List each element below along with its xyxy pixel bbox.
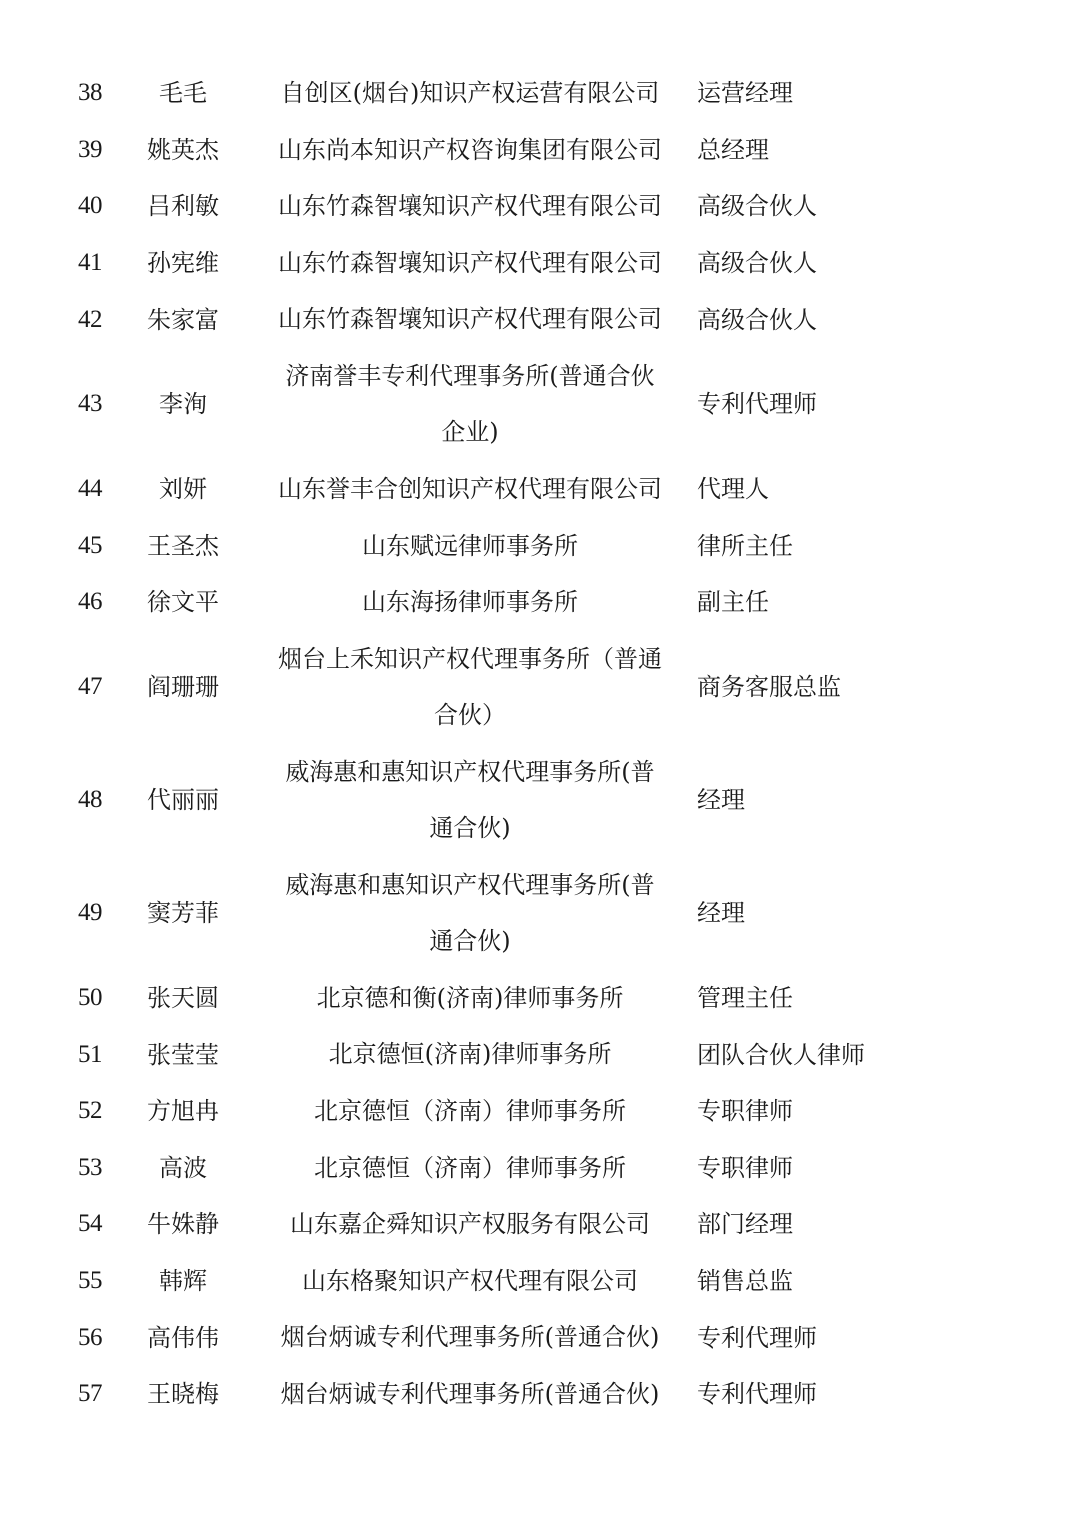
person-name: 代丽丽: [135, 772, 231, 828]
row-number: 45: [78, 518, 118, 574]
person-name: 张莹莹: [135, 1027, 231, 1083]
person-name: 牛姝静: [135, 1196, 231, 1252]
organization: 威海惠和惠知识产权代理事务所(普通合伙): [262, 857, 678, 970]
person-name: 张天圆: [135, 970, 231, 1026]
organization-line: 企业): [262, 404, 678, 461]
row-number: 52: [78, 1083, 118, 1139]
row-number: 53: [78, 1140, 118, 1196]
job-title: 运营经理: [697, 65, 937, 121]
organization-line: 山东海扬律师事务所: [262, 574, 678, 631]
organization-line: 威海惠和惠知识产权代理事务所(普: [262, 744, 678, 801]
organization: 山东誉丰合创知识产权代理有限公司: [262, 461, 678, 518]
person-name: 朱家富: [135, 292, 231, 348]
person-name: 刘妍: [135, 461, 231, 517]
organization-line: 山东格聚知识产权代理有限公司: [262, 1253, 678, 1310]
job-title: 经理: [697, 772, 937, 828]
table-row: 55韩辉山东格聚知识产权代理有限公司销售总监: [0, 1253, 1080, 1310]
person-name: 吕利敏: [135, 178, 231, 234]
organization: 山东竹森智壤知识产权代理有限公司: [262, 291, 678, 348]
person-name: 孙宪维: [135, 235, 231, 291]
organization-line: 山东竹森智壤知识产权代理有限公司: [262, 178, 678, 235]
person-name: 高伟伟: [135, 1310, 231, 1366]
organization-line: 烟台炳诚专利代理事务所(普通合伙): [262, 1366, 678, 1423]
table-row: 44刘妍山东誉丰合创知识产权代理有限公司代理人: [0, 461, 1080, 518]
table-row: 40吕利敏山东竹森智壤知识产权代理有限公司高级合伙人: [0, 178, 1080, 235]
job-title: 专职律师: [697, 1083, 937, 1139]
job-title: 副主任: [697, 574, 937, 630]
job-title: 高级合伙人: [697, 178, 937, 234]
organization-line: 北京德恒（济南）律师事务所: [262, 1140, 678, 1197]
job-title: 总经理: [697, 122, 937, 178]
person-name: 毛毛: [135, 65, 231, 121]
organization: 北京德恒(济南)律师事务所: [262, 1026, 678, 1083]
person-name: 王晓梅: [135, 1366, 231, 1422]
table-row: 47阎珊珊烟台上禾知识产权代理事务所（普通合伙）商务客服总监: [0, 631, 1080, 744]
organization: 山东赋远律师事务所: [262, 518, 678, 575]
organization-line: 北京德恒（济南）律师事务所: [262, 1083, 678, 1140]
job-title: 高级合伙人: [697, 235, 937, 291]
row-number: 42: [78, 292, 118, 348]
person-name: 徐文平: [135, 574, 231, 630]
table-row: 56高伟伟烟台炳诚专利代理事务所(普通合伙)专利代理师: [0, 1309, 1080, 1366]
organization: 山东竹森智壤知识产权代理有限公司: [262, 178, 678, 235]
row-number: 57: [78, 1366, 118, 1422]
table-row: 48代丽丽威海惠和惠知识产权代理事务所(普通合伙)经理: [0, 744, 1080, 857]
job-title: 专利代理师: [697, 1310, 937, 1366]
person-name: 王圣杰: [135, 518, 231, 574]
organization-line: 烟台上禾知识产权代理事务所（普通: [262, 631, 678, 688]
organization: 山东竹森智壤知识产权代理有限公司: [262, 235, 678, 292]
organization-line: 山东竹森智壤知识产权代理有限公司: [262, 291, 678, 348]
organization: 山东海扬律师事务所: [262, 574, 678, 631]
table-row: 46徐文平山东海扬律师事务所副主任: [0, 574, 1080, 631]
organization: 北京德恒（济南）律师事务所: [262, 1140, 678, 1197]
table-row: 45王圣杰山东赋远律师事务所律所主任: [0, 518, 1080, 575]
organization-line: 山东尚本知识产权咨询集团有限公司: [262, 122, 678, 179]
organization-line: 山东竹森智壤知识产权代理有限公司: [262, 235, 678, 292]
row-number: 51: [78, 1027, 118, 1083]
participant-table: 38毛毛自创区(烟台)知识产权运营有限公司运营经理39姚英杰山东尚本知识产权咨询…: [0, 65, 1080, 1423]
row-number: 48: [78, 772, 118, 828]
table-row: 50张天圆北京德和衡(济南)律师事务所管理主任: [0, 970, 1080, 1027]
organization-line: 自创区(烟台)知识产权运营有限公司: [262, 65, 678, 122]
row-number: 43: [78, 376, 118, 432]
organization: 山东尚本知识产权咨询集团有限公司: [262, 122, 678, 179]
row-number: 55: [78, 1253, 118, 1309]
organization: 山东格聚知识产权代理有限公司: [262, 1253, 678, 1310]
person-name: 阎珊珊: [135, 659, 231, 715]
row-number: 40: [78, 178, 118, 234]
row-number: 44: [78, 461, 118, 517]
row-number: 46: [78, 574, 118, 630]
organization: 山东嘉企舜知识产权服务有限公司: [262, 1196, 678, 1253]
job-title: 律所主任: [697, 518, 937, 574]
job-title: 商务客服总监: [697, 659, 937, 715]
person-name: 高波: [135, 1140, 231, 1196]
organization: 济南誉丰专利代理事务所(普通合伙企业): [262, 348, 678, 461]
job-title: 管理主任: [697, 970, 937, 1026]
job-title: 高级合伙人: [697, 292, 937, 348]
organization: 北京德和衡(济南)律师事务所: [262, 970, 678, 1027]
table-row: 41孙宪维山东竹森智壤知识产权代理有限公司高级合伙人: [0, 235, 1080, 292]
organization-line: 北京德和衡(济南)律师事务所: [262, 970, 678, 1027]
organization: 烟台上禾知识产权代理事务所（普通合伙）: [262, 631, 678, 744]
person-name: 姚英杰: [135, 122, 231, 178]
table-row: 52方旭冉北京德恒（济南）律师事务所专职律师: [0, 1083, 1080, 1140]
organization-line: 通合伙): [262, 800, 678, 857]
job-title: 销售总监: [697, 1253, 937, 1309]
table-row: 51张莹莹北京德恒(济南)律师事务所团队合伙人律师: [0, 1026, 1080, 1083]
organization-line: 烟台炳诚专利代理事务所(普通合伙): [262, 1309, 678, 1366]
job-title: 代理人: [697, 461, 937, 517]
job-title: 团队合伙人律师: [697, 1027, 937, 1083]
job-title: 部门经理: [697, 1196, 937, 1252]
table-row: 43李洵济南誉丰专利代理事务所(普通合伙企业)专利代理师: [0, 348, 1080, 461]
organization-line: 威海惠和惠知识产权代理事务所(普: [262, 857, 678, 914]
table-row: 53高波北京德恒（济南）律师事务所专职律师: [0, 1140, 1080, 1197]
job-title: 经理: [697, 885, 937, 941]
table-row: 38毛毛自创区(烟台)知识产权运营有限公司运营经理: [0, 65, 1080, 122]
row-number: 56: [78, 1310, 118, 1366]
job-title: 专职律师: [697, 1140, 937, 1196]
person-name: 韩辉: [135, 1253, 231, 1309]
organization-line: 山东赋远律师事务所: [262, 518, 678, 575]
row-number: 47: [78, 659, 118, 715]
organization-line: 山东誉丰合创知识产权代理有限公司: [262, 461, 678, 518]
table-row: 54牛姝静山东嘉企舜知识产权服务有限公司部门经理: [0, 1196, 1080, 1253]
row-number: 54: [78, 1196, 118, 1252]
table-row: 49窦芳菲威海惠和惠知识产权代理事务所(普通合伙)经理: [0, 857, 1080, 970]
job-title: 专利代理师: [697, 376, 937, 432]
organization-line: 济南誉丰专利代理事务所(普通合伙: [262, 348, 678, 405]
row-number: 41: [78, 235, 118, 291]
table-row: 57王晓梅烟台炳诚专利代理事务所(普通合伙)专利代理师: [0, 1366, 1080, 1423]
organization: 自创区(烟台)知识产权运营有限公司: [262, 65, 678, 122]
table-row: 39姚英杰山东尚本知识产权咨询集团有限公司总经理: [0, 122, 1080, 179]
organization-line: 通合伙): [262, 913, 678, 970]
job-title: 专利代理师: [697, 1366, 937, 1422]
organization: 烟台炳诚专利代理事务所(普通合伙): [262, 1309, 678, 1366]
row-number: 39: [78, 122, 118, 178]
organization-line: 山东嘉企舜知识产权服务有限公司: [262, 1196, 678, 1253]
organization-line: 北京德恒(济南)律师事务所: [262, 1026, 678, 1083]
table-row: 42朱家富山东竹森智壤知识产权代理有限公司高级合伙人: [0, 291, 1080, 348]
row-number: 49: [78, 885, 118, 941]
organization: 北京德恒（济南）律师事务所: [262, 1083, 678, 1140]
organization: 威海惠和惠知识产权代理事务所(普通合伙): [262, 744, 678, 857]
person-name: 李洵: [135, 376, 231, 432]
row-number: 50: [78, 970, 118, 1026]
person-name: 窦芳菲: [135, 885, 231, 941]
organization: 烟台炳诚专利代理事务所(普通合伙): [262, 1366, 678, 1423]
organization-line: 合伙）: [262, 687, 678, 744]
person-name: 方旭冉: [135, 1083, 231, 1139]
row-number: 38: [78, 65, 118, 121]
